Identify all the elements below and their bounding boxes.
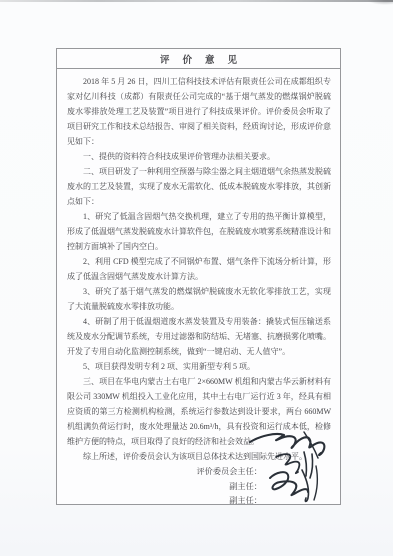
vice-chairman-label-1: 副主任： — [229, 480, 262, 495]
paragraph-conclusion: 综上所述，评价委员会认为该项目总体技术达到国际先进水平。 — [67, 449, 331, 464]
document-frame: 评价意见 2018 年 5 月 26 日，四川工信科技技术评估有限责任公司在成都… — [56, 48, 341, 505]
chairman-signature-row: 评价委员会主任： — [57, 465, 340, 480]
paragraph-innovation-1: 1、研究了低温含固烟气热交换机理，建立了专用的热平衡计算模型，形成了低温烟气蒸发… — [67, 209, 331, 254]
title-band: 评价意见 — [57, 49, 340, 69]
paragraph-innovation-4: 4、研制了用于低温烟道废水蒸发装置及专用装备：撬装式恒压输送系统及废水分配调节系… — [67, 314, 331, 359]
paragraph-point-1: 一、提供的资料符合科技成果评价管理办法相关要求。 — [67, 149, 331, 164]
scanned-document-page: 评价意见 2018 年 5 月 26 日，四川工信科技技术评估有限责任公司在成都… — [0, 0, 393, 556]
vice-chairman-signature-row-1: 副主任： — [57, 480, 340, 495]
paragraph-intro: 2018 年 5 月 26 日，四川工信科技技术评估有限责任公司在成都组织专家对… — [67, 74, 331, 149]
chairman-label: 评价委员会主任： — [196, 465, 262, 480]
signature-block: 评价委员会主任： 副主任： 副主任： 2018 年 5 月 26 日 — [57, 465, 340, 505]
paragraph-point-3: 三、项目在华电内蒙古土右电厂 2×660MW 机组和内蒙古华云新材料有限公司 3… — [67, 374, 331, 449]
vice-chairman-signature-row-2: 副主任： — [57, 494, 340, 505]
scan-edge-artifact — [0, 0, 393, 2]
vice-chairman-label-2: 副主任： — [229, 494, 262, 505]
paragraph-innovation-3: 3、研究了基于烟气蒸发的燃煤锅炉脱硫废水无软化零排放工艺，实现了大流量脱硫废水零… — [67, 284, 331, 314]
paragraph-innovation-2: 2、利用 CFD 模型完成了不同锅炉布置、烟气条件下流场分析计算，形成了低温含固… — [67, 254, 331, 284]
paragraph-point-2: 二、项目研发了一种利用空预器与除尘器之间主烟道烟气余热蒸发脱硫废水的工艺及装置，… — [67, 164, 331, 209]
scan-smudge-artifact — [367, 0, 393, 5]
document-body: 2018 年 5 月 26 日，四川工信科技技术评估有限责任公司在成都组织专家对… — [57, 69, 340, 464]
paragraph-innovation-5: 5、项目获得发明专利 2 项、实用新型专利 5 项。 — [67, 359, 331, 374]
page-title: 评价意见 — [147, 52, 250, 66]
